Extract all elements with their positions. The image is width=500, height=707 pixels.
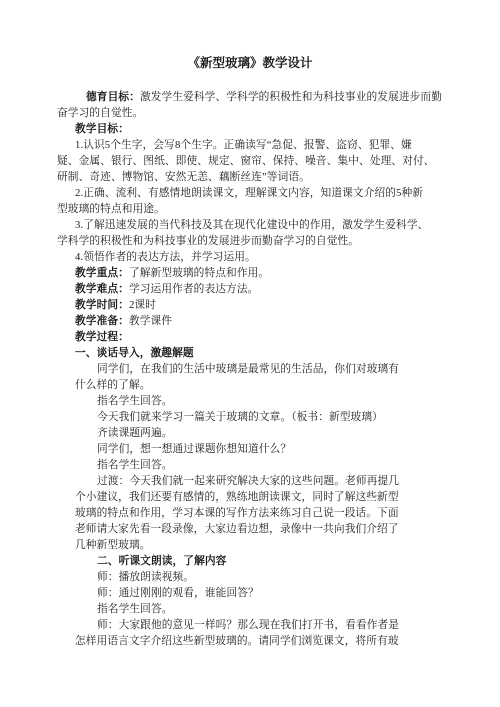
text-line: 2.正确、流利、有感情地朗读课文，理解课文内容，知道课文介绍的5种新 — [57, 185, 432, 201]
text-segment: 齐读课题两遍。 — [97, 427, 173, 439]
bold-text-segment: 教学准备： — [75, 315, 129, 327]
text-line: 什么样的了解。 — [57, 377, 432, 393]
document-body: 德育目标：激发学生爱科学、学科学的积极性和为科技事业的发展进步而勤奋学习的自觉性… — [57, 89, 432, 649]
text-segment: 2.正确、流利、有感情地朗读课文，理解课文内容，知道课文介绍的5种新 — [75, 187, 423, 199]
text-line: 过渡：今天我们就一起来研究解决大家的这些问题。老师再提几 — [57, 473, 432, 489]
text-line: 齐读课题两遍。 — [57, 425, 432, 441]
text-segment: 玻璃的特点和作用，学习本课的写作方法来练习自己说一段话。下面 — [75, 507, 399, 519]
text-segment: 研制、奇迹、博物馆、安然无恙、藕断丝连”等词语。 — [57, 171, 310, 183]
document-page: 《新型玻璃》教学设计 德育目标：激发学生爱科学、学科学的积极性和为科技事业的发展… — [0, 0, 500, 707]
text-line: 几种新型玻璃。 — [57, 537, 432, 553]
text-segment: 型玻璃的特点和用途。 — [57, 203, 165, 215]
text-segment: 学科学的积极性和为科技事业的发展进步而勤奋学习的自觉性。 — [57, 235, 359, 247]
text-line: 指名学生回答。 — [57, 457, 432, 473]
document-title: 《新型玻璃》教学设计 — [0, 55, 500, 71]
text-line: 4.领悟作者的表达方法，并学习运用。 — [57, 249, 432, 265]
text-line: 教学准备：教学课件 — [57, 313, 432, 329]
text-segment: 同学们，在我们的生活中玻璃是最常见的生活品，你们对玻璃有 — [97, 363, 399, 375]
bold-text-segment: 德育目标： — [86, 91, 140, 103]
text-segment: 指名学生回答。 — [97, 459, 173, 471]
bold-text-segment: 二、听课文朗读，了解内容 — [97, 555, 226, 567]
text-line: 个小建议，我们还要有感情的，熟练地朗读课文，同时了解这些新型 — [57, 489, 432, 505]
text-line: 怎样用语言文字介绍这些新型玻璃的。请同学们浏览课文，将所有玻 — [57, 633, 432, 649]
text-segment: 今天我们就来学习一篇关于玻璃的文章。（板书：新型玻璃） — [97, 411, 383, 423]
text-line: 同学们，想一想通过课题你想知道什么？ — [57, 441, 432, 457]
text-segment: 个小建议，我们还要有感情的，熟练地朗读课文，同时了解这些新型 — [75, 491, 399, 503]
text-line: 今天我们就来学习一篇关于玻璃的文章。（板书：新型玻璃） — [57, 409, 432, 425]
text-segment: 什么样的了解。 — [75, 379, 151, 391]
text-segment: 激发学生爱科学、学科学的积极性和为科技事业的发展进步而勤 — [140, 91, 442, 103]
bold-text-segment: 教学过程： — [75, 331, 129, 343]
text-segment: 几种新型玻璃。 — [75, 539, 151, 551]
bold-text-segment: 教学难点： — [75, 283, 129, 295]
text-line: 一、谈话导入，激趣解题 — [57, 345, 432, 361]
bold-text-segment: 一、谈话导入，激趣解题 — [75, 347, 194, 359]
text-line: 指名学生回答。 — [57, 601, 432, 617]
text-line: 学科学的积极性和为科技事业的发展进步而勤奋学习的自觉性。 — [57, 233, 432, 249]
text-segment: 奋学习的自觉性。 — [57, 107, 143, 119]
text-segment: 师：播放朗读视频。 — [97, 571, 194, 583]
text-segment: 老师请大家先看一段录像，大家边看边想，录像中一共向我们介绍了 — [75, 523, 399, 535]
text-segment: 师：通过刚刚的观看，谁能回答？ — [97, 587, 259, 599]
text-line: 3.了解迅速发展的当代科技及其在现代化建设中的作用，激发学生爱科学、 — [57, 217, 432, 233]
text-segment: 师：大家跟他的意见一样吗？那么现在我们打开书，看看作者是 — [97, 619, 399, 631]
text-segment: 3.了解迅速发展的当代科技及其在现代化建设中的作用，激发学生爱科学、 — [75, 219, 428, 231]
text-segment: 过渡：今天我们就一起来研究解决大家的这些问题。老师再提几 — [97, 475, 399, 487]
bold-text-segment: 教学目标： — [75, 123, 129, 135]
text-line: 型玻璃的特点和用途。 — [57, 201, 432, 217]
bold-text-segment: 教学重点： — [75, 267, 129, 279]
text-line: 师：大家跟他的意见一样吗？那么现在我们打开书，看看作者是 — [57, 617, 432, 633]
text-line: 玻璃的特点和作用，学习本课的写作方法来练习自己说一段话。下面 — [57, 505, 432, 521]
text-segment: 了解新型玻璃的特点和作用。 — [129, 267, 269, 279]
text-line: 教学过程： — [57, 329, 432, 345]
text-segment: 2课时 — [129, 299, 156, 311]
text-segment: 学习运用作者的表达方法。 — [129, 283, 258, 295]
text-line: 1.认识5个生字，会写8个生字。正确读写“急促、报警、盗窃、犯罪、嫌 — [57, 137, 432, 153]
bold-text-segment: 教学时间： — [75, 299, 129, 311]
text-line: 研制、奇迹、博物馆、安然无恙、藕断丝连”等词语。 — [57, 169, 432, 185]
text-segment: 怎样用语言文字介绍这些新型玻璃的。请同学们浏览课文，将所有玻 — [75, 635, 399, 647]
text-line: 老师请大家先看一段录像，大家边看边想，录像中一共向我们介绍了 — [57, 521, 432, 537]
text-line: 二、听课文朗读，了解内容 — [57, 553, 432, 569]
text-line: 教学时间：2课时 — [57, 297, 432, 313]
text-segment: 1.认识5个生字，会写8个生字。正确读写“急促、报警、盗窃、犯罪、嫌 — [75, 139, 412, 151]
text-segment: 指名学生回答。 — [97, 395, 173, 407]
text-segment: 疑、金属、银行、图纸、即使、规定、窗帘、保持、噪音、集中、处理、对付、 — [57, 155, 435, 167]
text-line: 教学目标： — [57, 121, 432, 137]
text-line: 教学难点：学习运用作者的表达方法。 — [57, 281, 432, 297]
text-segment: 教学课件 — [129, 315, 172, 327]
text-line: 同学们，在我们的生活中玻璃是最常见的生活品，你们对玻璃有 — [57, 361, 432, 377]
text-line: 师：播放朗读视频。 — [57, 569, 432, 585]
text-segment: 同学们，想一想通过课题你想知道什么？ — [97, 443, 291, 455]
text-line: 教学重点：了解新型玻璃的特点和作用。 — [57, 265, 432, 281]
text-line: 指名学生回答。 — [57, 393, 432, 409]
text-line: 疑、金属、银行、图纸、即使、规定、窗帘、保持、噪音、集中、处理、对付、 — [57, 153, 432, 169]
text-line: 德育目标：激发学生爱科学、学科学的积极性和为科技事业的发展进步而勤 — [57, 89, 432, 105]
text-segment: 指名学生回答。 — [97, 603, 173, 615]
text-segment: 4.领悟作者的表达方法，并学习运用。 — [75, 251, 256, 263]
text-line: 奋学习的自觉性。 — [57, 105, 432, 121]
text-line: 师：通过刚刚的观看，谁能回答？ — [57, 585, 432, 601]
